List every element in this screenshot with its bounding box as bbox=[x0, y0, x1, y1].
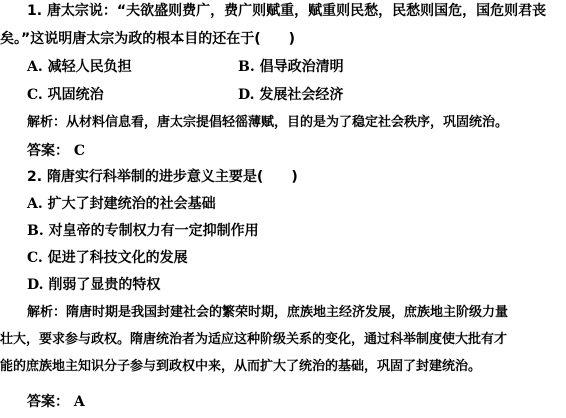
q2-option-b: B. 对皇帝的专制权力有一定抑制作用 bbox=[27, 222, 259, 240]
option-text: 减轻人民负担 bbox=[48, 59, 132, 75]
q1-stem-text1: 唐太宗说：“夫欲盛则费广，费广则赋重，赋重则民愁，民愁则国危，国危则君丧 bbox=[47, 3, 546, 19]
analysis-text: 隋唐时期是我国封建社会的繁荣时期，庶族地主经济发展，庶族地主阶级力量 bbox=[66, 305, 508, 320]
q1-option-c: C. 巩固统治 bbox=[27, 87, 104, 103]
q2-number: 2. bbox=[27, 169, 42, 185]
option-key: B. bbox=[27, 223, 44, 239]
option-key: B. bbox=[238, 59, 255, 75]
answer-value: A bbox=[74, 394, 85, 410]
option-text: 扩大了封建统治的社会基础 bbox=[48, 196, 216, 212]
option-key: C. bbox=[27, 87, 43, 103]
q1-stem-line1: 1. 唐太宗说：“夫欲盛则费广，费广则赋重，赋重则民愁，民愁则国危，国危则君丧 bbox=[27, 2, 546, 20]
q2-answer: 答案： A bbox=[27, 393, 85, 411]
option-key: A. bbox=[27, 196, 43, 212]
q1-option-row2: C. 巩固统治 D. 发展社会经济 bbox=[27, 86, 104, 104]
answer-label: 答案： bbox=[27, 394, 69, 410]
answer-label: 答案： bbox=[27, 143, 69, 159]
q2-stem-line1: 2. 隋唐实行科举制的进步意义主要是( ) bbox=[27, 168, 298, 186]
option-text: 削弱了显贵的特权 bbox=[48, 277, 160, 293]
option-text: 促进了科技文化的发展 bbox=[48, 250, 188, 266]
q1-option-b: B. 倡导政治清明 bbox=[238, 58, 344, 76]
q2-option-d: D. 削弱了显贵的特权 bbox=[27, 276, 160, 294]
q2-analysis-line1: 解析：隋唐时期是我国封建社会的繁荣时期，庶族地主经济发展，庶族地主阶级力量 bbox=[27, 304, 508, 322]
q2-option-c: C. 促进了科技文化的发展 bbox=[27, 249, 188, 267]
q1-option-row1: A. 减轻人民负担 B. 倡导政治清明 bbox=[27, 58, 132, 76]
option-key: C. bbox=[27, 250, 43, 266]
option-key: D. bbox=[238, 87, 255, 103]
analysis-label: 解析： bbox=[27, 115, 66, 130]
q1-analysis: 解析：从材料信息看，唐太宗提倡轻徭薄赋，目的是为了稳定社会秩序，巩固统治。 bbox=[27, 114, 508, 132]
option-text: 对皇帝的专制权力有一定抑制作用 bbox=[49, 223, 259, 239]
q1-answer: 答案： C bbox=[27, 142, 85, 160]
q2-option-a: A. 扩大了封建统治的社会基础 bbox=[27, 195, 216, 213]
answer-value: C bbox=[74, 143, 85, 159]
option-text: 巩固统治 bbox=[48, 87, 104, 103]
q1-stem-line2: 矣。”这说明唐太宗为政的根本目的还在于( ) bbox=[0, 30, 295, 48]
q2-analysis-line2: 壮大，要求参与政权。隋唐统治者为适应这种阶级关系的变化，通过科举制度使大批有才 bbox=[0, 331, 507, 349]
analysis-text: 从材料信息看，唐太宗提倡轻徭薄赋，目的是为了稳定社会秩序，巩固统治。 bbox=[66, 115, 508, 130]
q2-stem-text1: 隋唐实行科举制的进步意义主要是( ) bbox=[47, 169, 298, 185]
q2-analysis-line3: 能的庶族地主知识分子参与到政权中来，从而扩大了统治的基础，巩固了封建统治。 bbox=[0, 358, 481, 376]
q1-number: 1. bbox=[27, 3, 42, 19]
option-key: D. bbox=[27, 277, 44, 293]
analysis-text: 壮大，要求参与政权。隋唐统治者为适应这种阶级关系的变化，通过科举制度使大批有才 bbox=[0, 332, 507, 347]
option-text: 倡导政治清明 bbox=[260, 59, 344, 75]
analysis-text: 能的庶族地主知识分子参与到政权中来，从而扩大了统治的基础，巩固了封建统治。 bbox=[0, 359, 481, 374]
q1-option-a: A. 减轻人民负担 bbox=[27, 59, 132, 75]
q1-option-d: D. 发展社会经济 bbox=[238, 86, 343, 104]
option-key: A. bbox=[27, 59, 43, 75]
option-text: 发展社会经济 bbox=[259, 87, 343, 103]
analysis-label: 解析： bbox=[27, 305, 66, 320]
